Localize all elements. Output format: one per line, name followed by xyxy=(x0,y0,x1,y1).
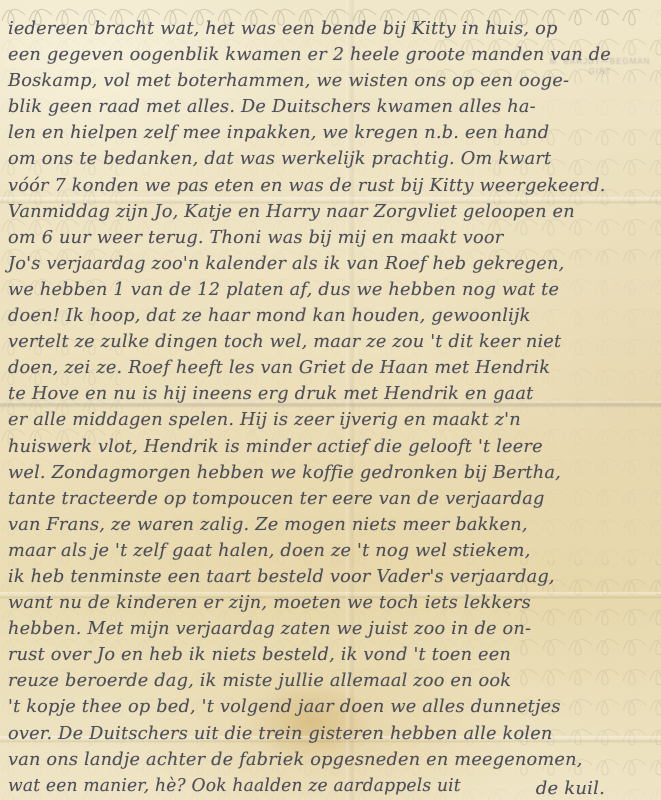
letter-line: len en hielpen zelf mee inpakken, we kre… xyxy=(8,120,648,146)
letter-body: iedereen bracht wat, het was een bende b… xyxy=(8,16,658,799)
letter-line: te Hove en nu is hij ineens erg druk met… xyxy=(8,381,648,407)
letter-line: Jo's verjaardag zoo'n kalender als ik va… xyxy=(8,251,648,277)
letter-page: M. BARJUT—BEGMAN GIST iedereen bracht wa… xyxy=(0,0,661,800)
letter-line: ik heb tenminste een taart besteld voor … xyxy=(8,564,648,590)
letter-line: iedereen bracht wat, het was een bende b… xyxy=(8,16,648,42)
letter-line: een gegeven oogenblik kwamen er 2 heele … xyxy=(8,42,648,68)
letter-line: Vanmiddag zijn Jo, Katje en Harry naar Z… xyxy=(8,199,648,225)
letter-line: wel. Zondagmorgen hebben we koffie gedro… xyxy=(8,460,648,486)
letter-line: Boskamp, vol met boterhammen, we wisten … xyxy=(8,68,648,94)
letter-line: hebben. Met mijn verjaardag zaten we jui… xyxy=(8,616,648,642)
letter-line: rust over Jo en heb ik niets besteld, ik… xyxy=(8,642,648,668)
letter-line: tante tracteerde op tompoucen ter eere v… xyxy=(8,486,648,512)
letter-line: van Frans, ze waren zalig. Ze mogen niet… xyxy=(8,512,648,538)
letter-line: huiswerk vlot, Hendrik is minder actief … xyxy=(8,434,648,460)
letter-line: om ons te bedanken, dat was werkelijk pr… xyxy=(8,146,648,172)
letter-line: want nu de kinderen er zijn, moeten we t… xyxy=(8,590,648,616)
letter-closing-fragment: de kuil. xyxy=(536,778,605,799)
letter-line: blik geen raad met alles. De Duitschers … xyxy=(8,94,648,120)
letter-line: van ons landje achter de fabriek opgesne… xyxy=(8,747,648,773)
letter-line: wat een manier, hè? Ook haalden ze aarda… xyxy=(8,773,626,799)
letter-line: maar als je 't zelf gaat halen, doen ze … xyxy=(8,538,648,564)
letter-line: vóór 7 konden we pas eten en was de rust… xyxy=(8,173,648,199)
letter-line: om 6 uur weer terug. Thoni was bij mij e… xyxy=(8,225,648,251)
letter-line: doen, zei ze. Roef heeft les van Griet d… xyxy=(8,355,648,381)
letter-line: 't kopje thee op bed, 't volgend jaar do… xyxy=(8,694,648,720)
letter-line: reuze beroerde dag, ik miste jullie alle… xyxy=(8,668,648,694)
letter-line: over. De Duitschers uit die trein gister… xyxy=(8,721,648,747)
letter-line: doen! Ik hoop, dat ze haar mond kan houd… xyxy=(8,303,648,329)
letter-line: we hebben 1 van de 12 platen af, dus we … xyxy=(8,277,648,303)
letter-line: er alle middagen spelen. Hij is zeer ijv… xyxy=(8,407,648,433)
letter-line: vertelt ze zulke dingen toch wel, maar z… xyxy=(8,329,648,355)
